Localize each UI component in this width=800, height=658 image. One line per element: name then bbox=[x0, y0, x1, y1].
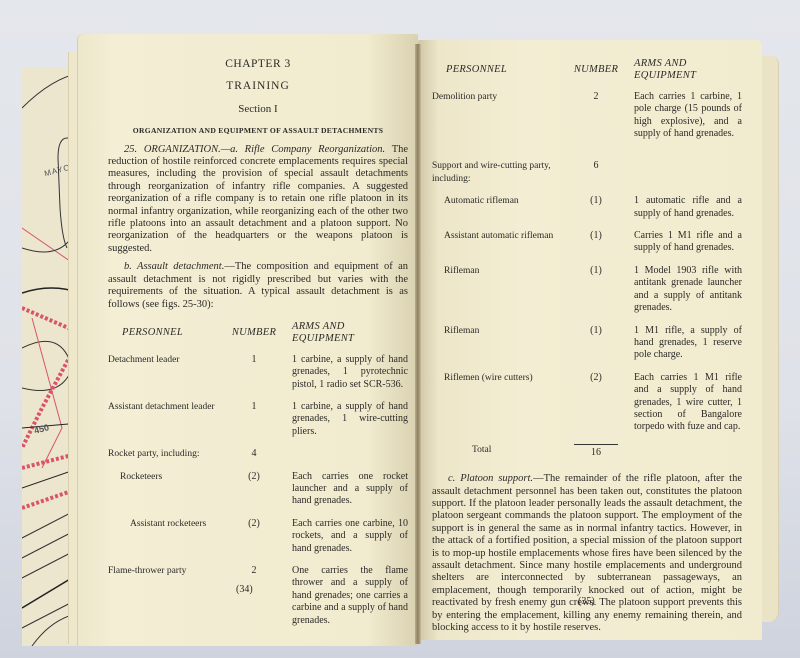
personnel-table-left: PERSONNEL NUMBER ARMS AND EQUIPMENT Deta… bbox=[108, 311, 408, 637]
table-row: Rifleman (1) 1 Model 1903 rifle with ant… bbox=[432, 265, 742, 325]
left-page-content: CHAPTER 3 TRAINING Section I ORGANIZATIO… bbox=[108, 52, 408, 637]
header-arms: ARMS AND EQUIPMENT bbox=[278, 311, 408, 354]
personnel-cell: Detachment leader bbox=[108, 354, 230, 401]
arms-cell: 1 carbine, a supply of hand grenades, 1 … bbox=[278, 354, 408, 401]
personnel-cell: Rocket party, including: bbox=[108, 448, 230, 470]
table-row: Riflemen (wire cutters) (2) Each carries… bbox=[432, 372, 742, 444]
paragraph-b-lead: b. Assault detachment. bbox=[124, 261, 224, 272]
number-cell: (2) bbox=[230, 518, 278, 565]
arms-cell: Carries 1 M1 rifle and a supply of hand … bbox=[620, 230, 742, 265]
total-label: Total bbox=[432, 444, 572, 469]
number-cell: 2 bbox=[230, 565, 278, 637]
paragraph-c: c. Platoon support.—The remainder of the… bbox=[432, 473, 742, 634]
personnel-table-right: PERSONNEL NUMBER ARMS AND EQUIPMENT Demo… bbox=[432, 58, 742, 469]
book-gutter bbox=[415, 44, 421, 644]
chapter-title: TRAINING bbox=[108, 80, 408, 92]
arms-cell: 1 automatic rifle and a supply of hand g… bbox=[620, 195, 742, 230]
arms-cell: Each carries 1 M1 rifle and a supply of … bbox=[620, 372, 742, 444]
paragraph-25-text: The reduction of hostile reinforced conc… bbox=[108, 144, 408, 254]
personnel-cell: Rocketeers bbox=[108, 471, 230, 518]
table-row: Rifleman (1) 1 M1 rifle, a supply of han… bbox=[432, 325, 742, 372]
personnel-cell: Assistant rocketeers bbox=[108, 518, 230, 565]
personnel-cell: Flame-thrower party bbox=[108, 565, 230, 637]
total-cell: 16 bbox=[572, 444, 620, 469]
personnel-cell: Riflemen (wire cutters) bbox=[432, 372, 572, 444]
header-personnel: PERSONNEL bbox=[108, 311, 230, 354]
table-row: Assistant detachment leader 1 1 carbine,… bbox=[108, 401, 408, 448]
table-row: Rocket party, including: 4 bbox=[108, 448, 408, 470]
header-arms: ARMS AND EQUIPMENT bbox=[620, 58, 742, 91]
personnel-cell: Support and wire-cutting party, includin… bbox=[432, 150, 572, 195]
personnel-cell: Assistant automatic rifleman bbox=[432, 230, 572, 265]
number-cell: 1 bbox=[230, 354, 278, 401]
page-number-right: (35) bbox=[578, 596, 595, 607]
table-total-row: Total 16 bbox=[432, 444, 742, 469]
number-cell: 4 bbox=[230, 448, 278, 470]
number-cell: (1) bbox=[572, 195, 620, 230]
number-cell: 2 bbox=[572, 91, 620, 151]
personnel-cell: Automatic rifleman bbox=[432, 195, 572, 230]
paragraph-25: 25. ORGANIZATION.—a. Rifle Company Reorg… bbox=[108, 144, 408, 256]
paragraph-c-text: —The remainder of the rifle platoon, aft… bbox=[432, 473, 742, 633]
paragraph-25-lead: 25. ORGANIZATION.—a. Rifle Company Reorg… bbox=[124, 144, 385, 155]
arms-cell: 1 M1 rifle, a supply of hand grenades, 1… bbox=[620, 325, 742, 372]
number-cell: 6 bbox=[572, 150, 620, 195]
arms-cell bbox=[620, 150, 742, 195]
header-number: NUMBER bbox=[572, 58, 620, 91]
header-number: NUMBER bbox=[230, 311, 278, 354]
table-row: Assistant automatic rifleman (1) Carries… bbox=[432, 230, 742, 265]
table-row: Rocketeers (2) Each carries one rocket l… bbox=[108, 471, 408, 518]
table-row: Automatic rifleman (1) 1 automatic rifle… bbox=[432, 195, 742, 230]
arms-cell: 1 Model 1903 rifle with antitank grenade… bbox=[620, 265, 742, 325]
chapter-number: CHAPTER 3 bbox=[108, 58, 408, 70]
header-personnel: PERSONNEL bbox=[432, 58, 572, 91]
right-page-content: PERSONNEL NUMBER ARMS AND EQUIPMENT Demo… bbox=[432, 58, 742, 634]
personnel-cell: Assistant detachment leader bbox=[108, 401, 230, 448]
section-heading: Section I bbox=[108, 103, 408, 115]
table-row: Flame-thrower party 2 One carries the fl… bbox=[108, 565, 408, 637]
page-number-left: (34) bbox=[236, 584, 253, 595]
table-header-row: PERSONNEL NUMBER ARMS AND EQUIPMENT bbox=[108, 311, 408, 354]
number-cell: (2) bbox=[572, 372, 620, 444]
personnel-cell: Rifleman bbox=[432, 325, 572, 372]
arms-cell: Each carries 1 carbine, 1 pole charge (1… bbox=[620, 91, 742, 151]
paragraph-b: b. Assault detachment.—The composition a… bbox=[108, 261, 408, 311]
personnel-cell: Rifleman bbox=[432, 265, 572, 325]
personnel-cell: Demolition party bbox=[432, 91, 572, 151]
arms-cell: One carries the flame thrower and a supp… bbox=[278, 565, 408, 637]
arms-cell: 1 carbine, a supply of hand grenades, 1 … bbox=[278, 401, 408, 448]
table-row: Demolition party 2 Each carries 1 carbin… bbox=[432, 91, 742, 151]
number-cell: (2) bbox=[230, 471, 278, 518]
table-header-row: PERSONNEL NUMBER ARMS AND EQUIPMENT bbox=[432, 58, 742, 91]
number-cell: (1) bbox=[572, 265, 620, 325]
arms-cell: Each carries one rocket launcher and a s… bbox=[278, 471, 408, 518]
total-value: 16 bbox=[574, 444, 618, 459]
number-cell: (1) bbox=[572, 325, 620, 372]
arms-cell: Each carries one carbine, 10 rockets, an… bbox=[278, 518, 408, 565]
number-cell: 1 bbox=[230, 401, 278, 448]
section-title: ORGANIZATION AND EQUIPMENT OF ASSAULT DE… bbox=[108, 125, 408, 137]
arms-cell bbox=[278, 448, 408, 470]
table-row: Support and wire-cutting party, includin… bbox=[432, 150, 742, 195]
table-row: Assistant rocketeers (2) Each carries on… bbox=[108, 518, 408, 565]
table-row: Detachment leader 1 1 carbine, a supply … bbox=[108, 354, 408, 401]
number-cell: (1) bbox=[572, 230, 620, 265]
paragraph-c-lead: c. Platoon support. bbox=[448, 473, 533, 484]
